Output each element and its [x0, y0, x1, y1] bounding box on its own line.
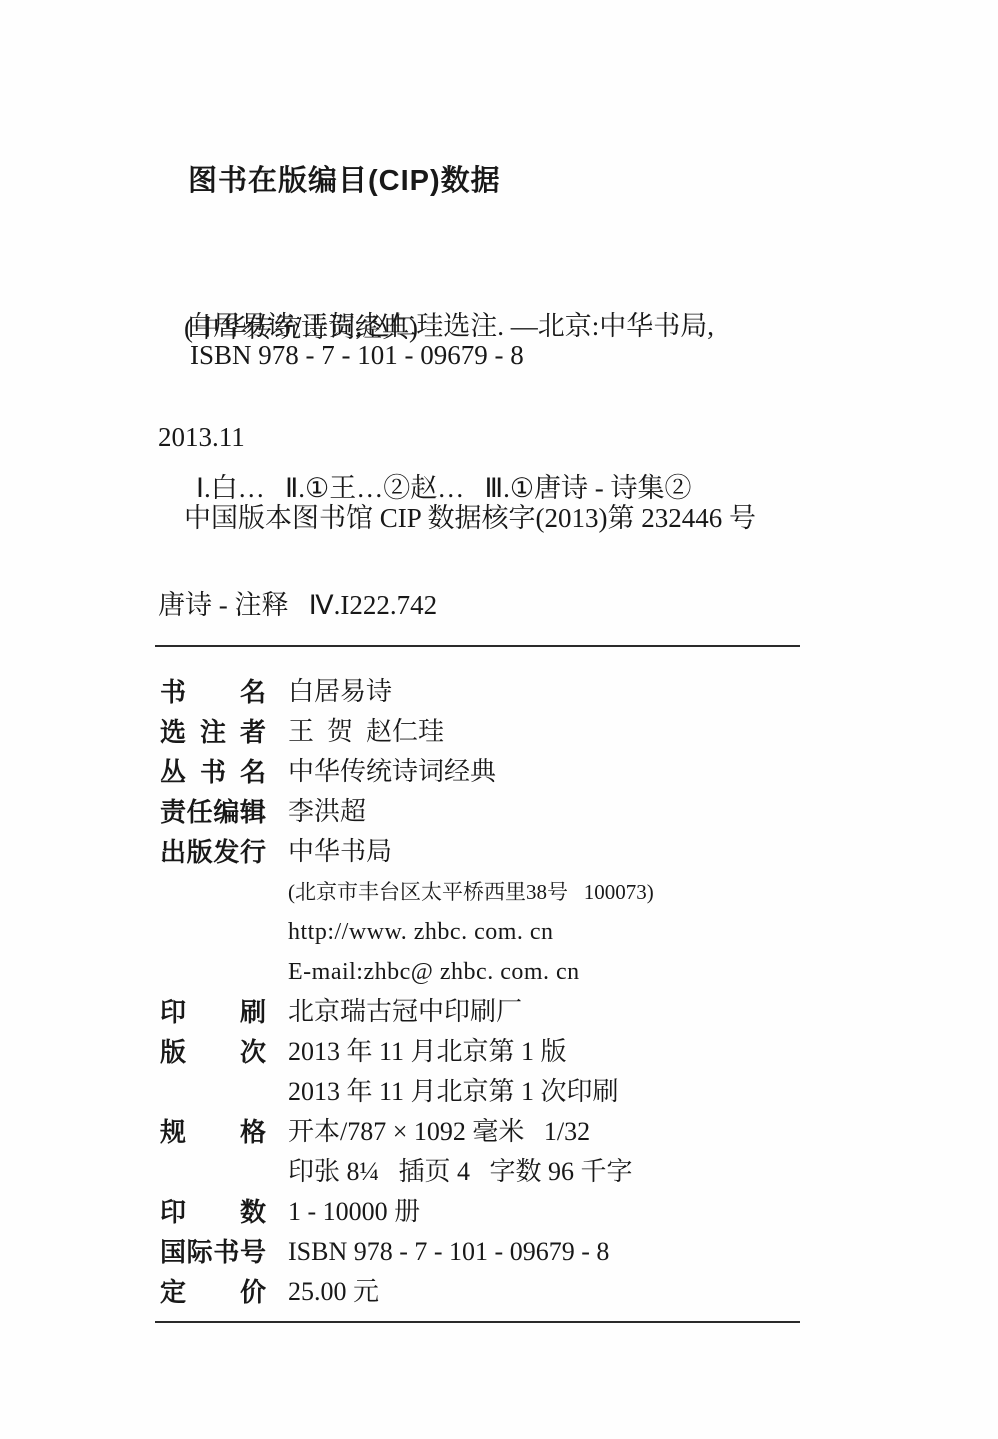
table-row-7: 规格 开本/787 × 1092 毫米 1/32印张 8¼ 插页 4 字数 96… [160, 1112, 880, 1192]
table-row-9: 国际书号 ISBN 978 - 7 - 101 - 09679 - 8 [160, 1232, 880, 1272]
row-sub-line: 2013 年 11 月北京第 1 次印刷 [288, 1072, 619, 1112]
colophon-table: 书名 白居易诗 选注者 王 贺 赵仁珪 丛书名 中华传统诗词经典 责任编辑 李洪… [160, 672, 880, 1312]
row-main-value: 25.00 元 [288, 1272, 379, 1312]
table-row-3: 责任编辑 李洪超 [160, 792, 880, 832]
classification-line2: 唐诗 - 注释 Ⅳ.I222.742 [158, 586, 898, 625]
table-row-6: 版次 2013 年 11 月北京第 1 版2013 年 11 月北京第 1 次印… [160, 1032, 880, 1112]
table-row-10: 定价 25.00 元 [160, 1272, 880, 1312]
row-main-value: 中华传统诗词经典 [288, 752, 496, 792]
row-label: 丛书名 [160, 752, 266, 792]
row-label: 责任编辑 [160, 792, 266, 832]
row-value: 开本/787 × 1092 毫米 1/32印张 8¼ 插页 4 字数 96 千字 [288, 1112, 633, 1192]
cip-isbn: ISBN 978 - 7 - 101 - 09679 - 8 [190, 340, 524, 371]
row-value: 李洪超 [288, 792, 366, 832]
row-sub-line: (北京市丰台区太平桥西里38号 100073) [288, 872, 654, 912]
row-value: 25.00 元 [288, 1272, 379, 1312]
row-label: 定价 [160, 1272, 266, 1312]
row-sub-line: http://www. zhbc. com. cn [288, 912, 654, 952]
row-label: 规格 [160, 1112, 266, 1152]
row-label: 选注者 [160, 712, 266, 752]
table-row-8: 印数 1 - 10000 册 [160, 1192, 880, 1232]
table-row-1: 选注者 王 贺 赵仁珪 [160, 712, 880, 752]
row-value: 中华传统诗词经典 [288, 752, 496, 792]
table-row-4: 出版发行 中华书局(北京市丰台区太平桥西里38号 100073)http://w… [160, 832, 880, 992]
row-label: 版次 [160, 1032, 266, 1072]
row-main-value: 白居易诗 [288, 672, 392, 712]
cip-classification: Ⅰ.白… Ⅱ.①王…②赵… Ⅲ.①唐诗 - 诗集② 唐诗 - 注释 Ⅳ.I222… [158, 391, 898, 703]
row-main-value: 2013 年 11 月北京第 1 版 [288, 1032, 619, 1072]
cip-header: 图书在版编目(CIP)数据 [188, 158, 501, 199]
row-main-value: 开本/787 × 1092 毫米 1/32 [288, 1112, 633, 1152]
row-label: 出版发行 [160, 832, 266, 872]
row-label: 国际书号 [160, 1232, 266, 1272]
table-row-0: 书名 白居易诗 [160, 672, 880, 712]
table-row-2: 丛书名 中华传统诗词经典 [160, 752, 880, 792]
row-label: 印数 [160, 1192, 266, 1232]
row-main-value: ISBN 978 - 7 - 101 - 09679 - 8 [288, 1232, 609, 1272]
divider-bottom [155, 1321, 800, 1323]
row-main-value: 1 - 10000 册 [288, 1192, 420, 1232]
row-value: 王 贺 赵仁珪 [288, 712, 444, 752]
table-row-5: 印刷 北京瑞古冠中印刷厂 [160, 992, 880, 1032]
divider-top [155, 645, 800, 647]
row-sub-line: 印张 8¼ 插页 4 字数 96 千字 [288, 1152, 633, 1192]
row-value: 1 - 10000 册 [288, 1192, 420, 1232]
row-main-value: 王 贺 赵仁珪 [288, 712, 444, 752]
row-label: 印刷 [160, 992, 266, 1032]
row-label: 书名 [160, 672, 266, 712]
row-main-value: 李洪超 [288, 792, 366, 832]
row-main-value: 北京瑞古冠中印刷厂 [288, 992, 522, 1032]
book-copyright-page: 图书在版编目(CIP)数据 白居易诗/王贺,赵仁珪选注. —北京:中华书局, 2… [0, 0, 998, 1439]
row-value: 北京瑞古冠中印刷厂 [288, 992, 522, 1032]
cip-record-number: 中国版本图书馆 CIP 数据核字(2013)第 232446 号 [184, 496, 756, 535]
row-value: 中华书局(北京市丰台区太平桥西里38号 100073)http://www. z… [288, 832, 654, 992]
row-value: 2013 年 11 月北京第 1 版2013 年 11 月北京第 1 次印刷 [288, 1032, 619, 1112]
row-sub-line: E-mail:zhbc@ zhbc. com. cn [288, 952, 654, 992]
row-value: 白居易诗 [288, 672, 392, 712]
row-value: ISBN 978 - 7 - 101 - 09679 - 8 [288, 1232, 609, 1272]
row-main-value: 中华书局 [288, 832, 654, 872]
